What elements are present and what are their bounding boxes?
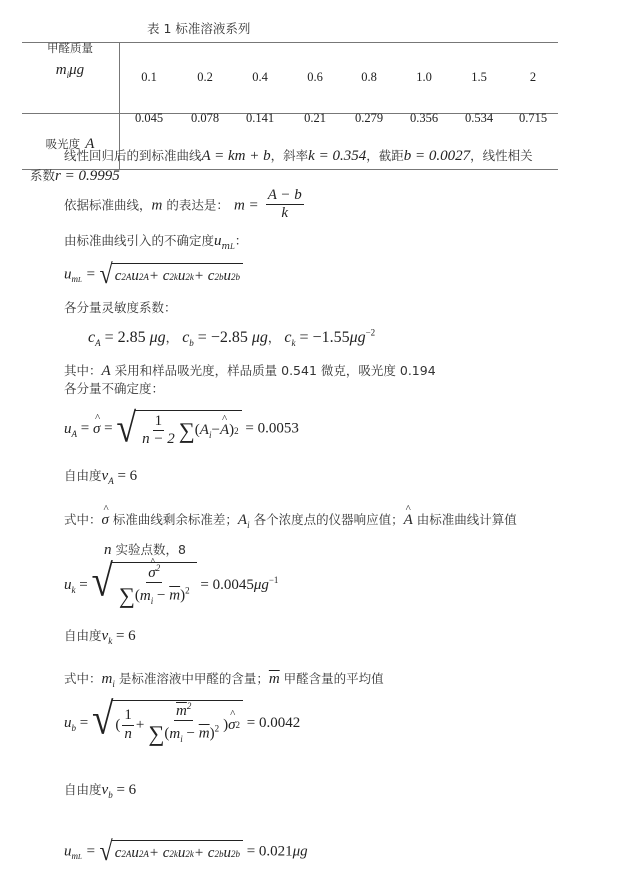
mass-cell: 1.0 bbox=[397, 70, 451, 85]
absorbance-cell: 0.045 bbox=[122, 111, 176, 126]
mass-cell: 0.6 bbox=[288, 70, 342, 85]
absorbance-cell: 0.715 bbox=[506, 111, 560, 126]
mass-cell: 0.8 bbox=[342, 70, 396, 85]
sensitivity-coefficients: cA = 2.85 μg， cb = −2.85 μg， ck = −1.55μ… bbox=[88, 328, 375, 347]
absorbance-cell: 0.21 bbox=[288, 111, 342, 126]
row-label-mass-cn: 甲醛质量 bbox=[22, 40, 118, 56]
mass-cell: 0.1 bbox=[122, 70, 176, 85]
combined-uncertainty-formula: umL = √c2Au2A + c2ku2k + c2bu2b bbox=[64, 263, 243, 287]
uA-formula: uA = σ = √ 1n − 2 ∑(Ai − A)2 = 0.0053 bbox=[64, 410, 299, 449]
dof-A: 自由度νA = 6 bbox=[64, 465, 137, 485]
sensitivity-heading: 各分量灵敏度系数： bbox=[64, 298, 177, 316]
uncertainty-intro: 由标准曲线引入的不确定度umL： bbox=[64, 230, 247, 250]
symbol-explanation-2: 式中：mi 是标准溶液中甲醛的含量；m 甲醛含量的平均值 bbox=[64, 668, 384, 688]
sample-note: 其中：A 采用和样品吸光度，样品质量 0.541 微克，吸光度 0.194 bbox=[64, 360, 436, 380]
absorbance-cell: 0.356 bbox=[397, 111, 451, 126]
absorbance-cell: 0.078 bbox=[178, 111, 232, 126]
mass-cell: 2 bbox=[506, 70, 560, 85]
regression-paragraph-cont: 系数r = 0.9995 bbox=[30, 165, 120, 185]
final-uncertainty-formula: umL = √c2Au2A + c2ku2k + c2bu2b = 0.021μ… bbox=[64, 840, 308, 864]
m-expression: 依据标准曲线，m 的表达是： m = A − bk bbox=[64, 187, 306, 223]
ub-formula: ub = √ (1n + m2∑(mi − m)2)σ2 = 0.0042 bbox=[64, 700, 300, 747]
row-label-mass-symbol: miμg bbox=[22, 62, 118, 79]
table-caption: 表 1 标准溶液系列 bbox=[147, 19, 250, 37]
absorbance-cell: 0.534 bbox=[452, 111, 506, 126]
regression-paragraph: 线性回归后的到标准曲线A = km + b，斜率k = 0.354，截距b = … bbox=[64, 145, 533, 165]
mass-cell: 0.2 bbox=[178, 70, 232, 85]
symbol-explanation-n: n 实验点数，8 bbox=[104, 539, 186, 559]
absorbance-cell: 0.279 bbox=[342, 111, 396, 126]
uk-formula: uk = √ σ2∑(mi − m)2 = 0.0045μg−1 bbox=[64, 562, 278, 609]
symbol-explanation-1: 式中：σ 标准曲线剩余标准差；Ai 各个浓度点的仪器响应值；A 由标准曲线计算值 bbox=[64, 509, 517, 529]
mass-cell: 0.4 bbox=[233, 70, 287, 85]
absorbance-cell: 0.141 bbox=[233, 111, 287, 126]
dof-k: 自由度νk = 6 bbox=[64, 625, 136, 645]
dof-b: 自由度νb = 6 bbox=[64, 779, 136, 799]
component-uncertainty-heading: 各分量不确定度： bbox=[64, 379, 164, 397]
mass-cell: 1.5 bbox=[452, 70, 506, 85]
